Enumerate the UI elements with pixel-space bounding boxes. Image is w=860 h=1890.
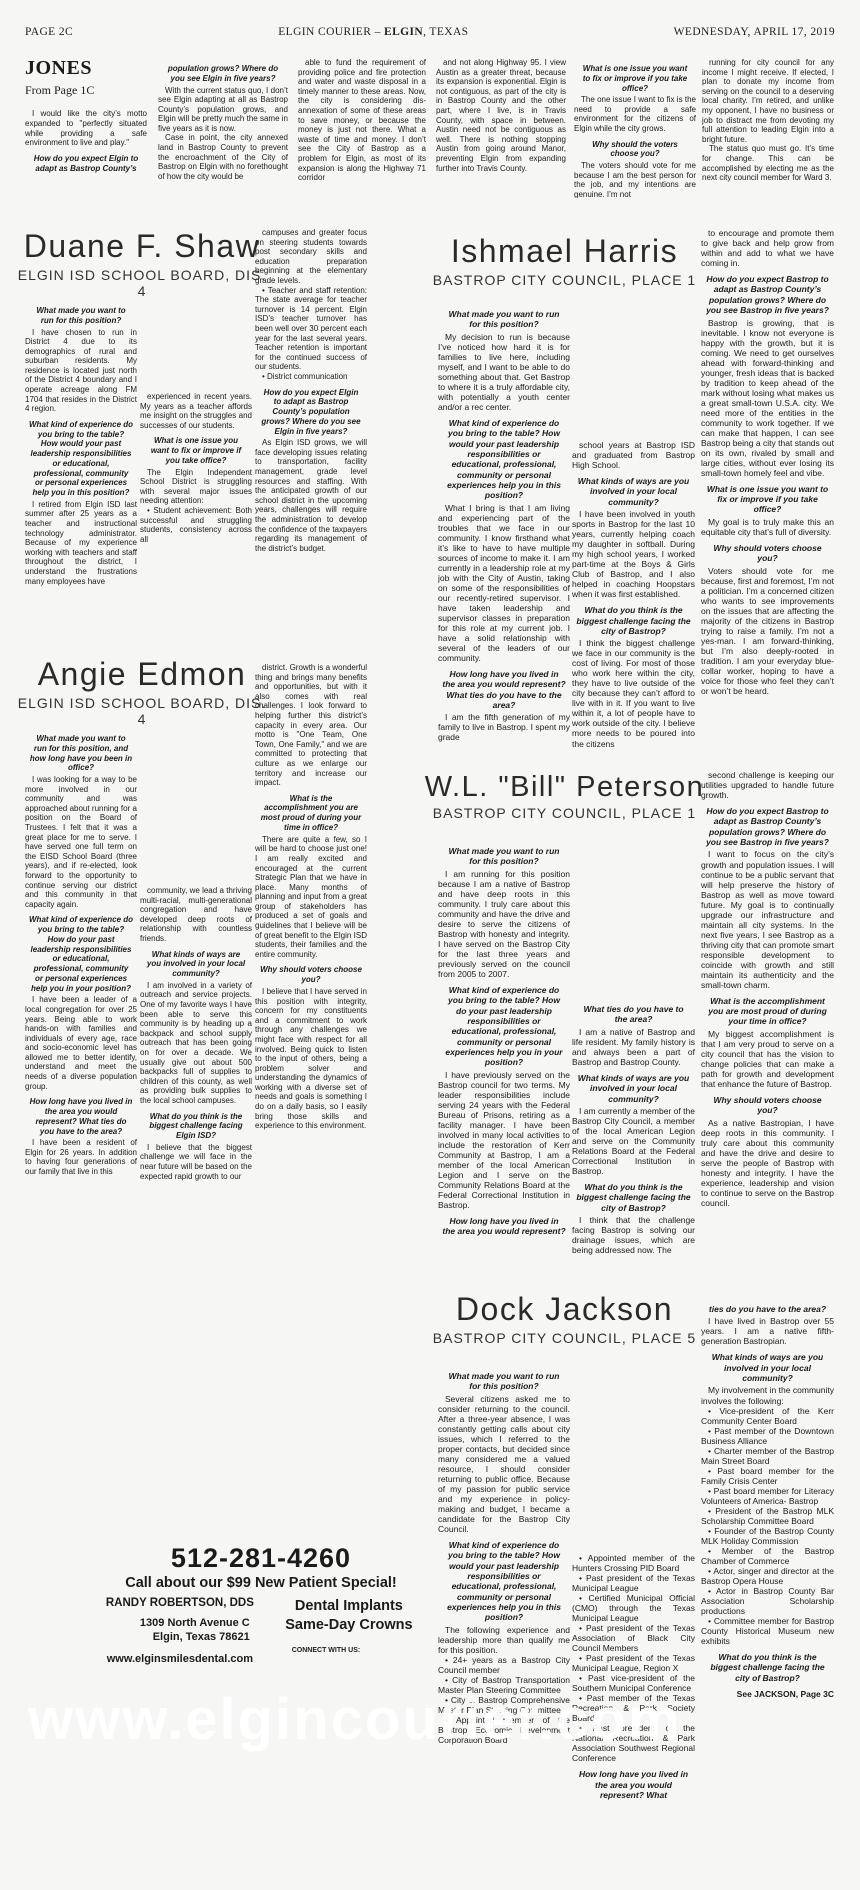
masthead-title: ELGIN COURIER – ELGIN, TEXAS: [278, 26, 468, 38]
bullet-item: • Past president of the Texas Municipal …: [572, 1573, 695, 1593]
shaw-column-2: experienced in recent years. My years as…: [140, 392, 252, 660]
body-text: I was looking for a way to be more invol…: [25, 775, 137, 909]
ad-right-block: Dental Implants Same-Day Crowns CONNECT …: [268, 1597, 430, 1665]
question-text: What do you think is the biggest challen…: [705, 1652, 830, 1683]
body-text: I want to focus on the city’s growth and…: [701, 849, 834, 989]
body-text: I am a native of Bastrop and life reside…: [572, 1027, 695, 1067]
peterson-column-2: What ties do you have to the area?I am a…: [572, 998, 695, 1280]
masthead-title-post: , TEXAS: [423, 26, 468, 38]
ad-service-1: Dental Implants: [268, 1597, 430, 1616]
question-text: What kinds of ways are you involved in y…: [576, 476, 691, 507]
newspaper-page: PAGE 2C ELGIN COURIER – ELGIN, TEXAS WED…: [0, 0, 860, 1890]
body-text: I have chosen to run in District 4 due t…: [25, 328, 137, 414]
bullet-item: • Actor in Bastrop County Bar Associatio…: [701, 1586, 834, 1616]
candidate-office: BASTROP CITY COUNCIL, PLACE 5: [422, 1330, 707, 1346]
body-text: My decision to run is because I’ve notic…: [438, 332, 570, 412]
question-text: What kinds of ways are you involved in y…: [705, 1352, 830, 1383]
bullet-item: • Vice-president of the Kerr Community C…: [701, 1406, 834, 1426]
candidate-office: BASTROP CITY COUNCIL, PLACE 1: [422, 272, 707, 288]
body-text: The status quo must go. It’s time for ch…: [702, 144, 834, 182]
candidate-office: ELGIN ISD SCHOOL BOARD, DIS. 4: [12, 695, 272, 727]
bullet-item: • Past president of the Texas Associatio…: [572, 1623, 695, 1653]
body-text: able to fund the requirement of providin…: [298, 58, 426, 183]
body-text: experienced in recent years. My years as…: [140, 392, 252, 430]
bullet-item: • Member of the Bastrop Chamber of Comme…: [701, 1546, 834, 1566]
body-text: to encourage and promote them to give ba…: [701, 228, 834, 268]
body-text: I am running for this position because I…: [438, 869, 570, 979]
body-text: I have lived in Bastrop over 55 years. I…: [701, 1316, 834, 1346]
bullet-item: • President of the Bastrop MLK Scholarsh…: [701, 1506, 834, 1526]
harris-column-2: school years at Bastrop ISD and graduate…: [572, 440, 695, 758]
body-text: second challenge is keeping our utilitie…: [701, 770, 834, 800]
ad-phone-number: 512-281-4260: [92, 1543, 430, 1574]
bullet-item: • Actor, singer and director at the Bast…: [701, 1566, 834, 1586]
question-text: population grows? Where do you see Elgin…: [162, 64, 284, 84]
body-text: As Elgin ISD grows, we will face develop…: [255, 438, 367, 553]
body-text: I have been a resident of Elgin for 26 y…: [25, 1138, 137, 1176]
ad-service-2: Same-Day Crowns: [268, 1616, 430, 1635]
dental-ad: 512-281-4260 Call about our $99 New Pati…: [92, 1543, 430, 1665]
peterson-column-1: What made you want to run for this posit…: [438, 840, 570, 1272]
bullet-item: • Past board member for the Family Crisi…: [701, 1466, 834, 1486]
candidate-name: Dock Jackson: [422, 1293, 707, 1327]
bullet-item: • Appointed member of the Hunters Crossi…: [572, 1553, 695, 1573]
bullet-item: • Teacher and staff retention: The state…: [255, 286, 367, 372]
question-text: What do you think is the biggest challen…: [144, 1112, 248, 1141]
question-text: What is one issue you want to fix or imp…: [578, 64, 692, 93]
bullet-item: • Past member of the Downtown Business A…: [701, 1426, 834, 1446]
edmon-column-1: What made you want to run for this posit…: [25, 728, 137, 1280]
body-text: I have been involved in youth sports in …: [572, 509, 695, 599]
body-text: I would like the city’s motto expanded t…: [25, 109, 147, 147]
question-text: What kind of experience do you bring to …: [29, 420, 133, 498]
body-text: I retired from Elgin ISD last summer aft…: [25, 500, 137, 586]
jones-column-4: and not along Highway 95. I view Austin …: [436, 58, 566, 198]
question-text: What kind of experience do you bring to …: [29, 915, 133, 993]
continuation-from-label: From Page 1C: [25, 83, 147, 97]
ad-tagline: Call about our $99 New Patient Special!: [92, 1575, 430, 1591]
question-text: ties do you have to the area?: [705, 1304, 830, 1314]
jones-column-1: JONESFrom Page 1CI would like the city’s…: [25, 56, 147, 198]
candidate-name: Duane F. Shaw: [12, 230, 272, 264]
ad-address: 1309 North Avenue C Elgin, Texas 78621: [92, 1617, 268, 1645]
question-text: What kind of experience do you bring to …: [442, 1540, 566, 1623]
bullet-item: • Certified Municipal Official (CMO) thr…: [572, 1593, 695, 1623]
body-text: With the current status quo, I don’t see…: [158, 86, 288, 134]
question-text: What made you want to run for this posit…: [442, 1371, 566, 1392]
ad-address-line2: Elgin, Texas 78621: [92, 1631, 250, 1645]
edmon-column-2: community, we lead a thriving multi-raci…: [140, 886, 252, 1280]
body-text: I have been a leader of a local congrega…: [25, 995, 137, 1091]
question-text: How long have you lived in the area you …: [442, 1216, 566, 1237]
body-text: The following experience and leadership …: [438, 1625, 570, 1655]
body-text: I am involved in a variety of outreach a…: [140, 981, 252, 1106]
bullet-item: • Past board member for Literacy Volunte…: [701, 1486, 834, 1506]
body-text: district. Growth is a wonderful thing an…: [255, 663, 367, 788]
question-text: How long have you lived in the area you …: [576, 1769, 691, 1800]
body-text: I believe that the biggest challenge we …: [140, 1143, 252, 1181]
question-text: What made you want to run for this posit…: [442, 846, 566, 867]
body-text: Several citizens asked me to consider re…: [438, 1394, 570, 1534]
candidate-heading-shaw: Duane F. Shaw ELGIN ISD SCHOOL BOARD, DI…: [12, 230, 272, 299]
candidate-heading-peterson: W.L. "Bill" Peterson BASTROP CITY COUNCI…: [422, 772, 707, 821]
candidate-name: W.L. "Bill" Peterson: [422, 772, 707, 802]
masthead-page-number: PAGE 2C: [25, 26, 73, 38]
candidate-name: Angie Edmon: [12, 658, 272, 692]
body-text: I think the biggest challenge we face in…: [572, 638, 695, 748]
question-text: Why should voters choose you?: [705, 543, 830, 564]
question-text: What do you think is the biggest challen…: [576, 605, 691, 636]
masthead-title-city: ELGIN: [384, 26, 423, 38]
harris-column-3: to encourage and promote them to give ba…: [701, 228, 834, 758]
candidate-heading-jackson: Dock Jackson BASTROP CITY COUNCIL, PLACE…: [422, 1293, 707, 1346]
bullet-item: • Charter member of the Bastrop Main Str…: [701, 1446, 834, 1466]
question-text: What kind of experience do you bring to …: [442, 418, 566, 501]
candidate-heading-edmon: Angie Edmon ELGIN ISD SCHOOL BOARD, DIS.…: [12, 658, 272, 727]
body-text: campuses and greater focus on steering s…: [255, 228, 367, 286]
body-text: My involvement in the community involves…: [701, 1385, 834, 1405]
body-text: There are quite a few, so I will be hard…: [255, 835, 367, 960]
body-text: What I bring is that I am living and exp…: [438, 503, 570, 663]
jones-column-3: able to fund the requirement of providin…: [298, 58, 426, 198]
body-text: I have previously served on the Bastrop …: [438, 1070, 570, 1210]
question-text: What is one issue you want to fix or imp…: [144, 436, 248, 465]
body-text: My goal is to truly make this an equitab…: [701, 517, 834, 537]
question-text: How do you expect Elgin to adapt as Bast…: [259, 388, 363, 437]
question-text: How long have you lived in the area you …: [442, 669, 566, 710]
bullet-item: • Committee member for Bastrop County Hi…: [701, 1616, 834, 1646]
masthead: PAGE 2C ELGIN COURIER – ELGIN, TEXAS WED…: [25, 26, 835, 38]
question-text: What is the accomplishment you are most …: [259, 794, 363, 833]
body-text: I think that the challenge facing Bastro…: [572, 1215, 695, 1255]
watermark-text: www.elgincourier.com: [28, 1686, 788, 1753]
body-text: and not along Highway 95. I view Austin …: [436, 58, 566, 173]
jackson-column-2: • Appointed member of the Hunters Crossi…: [572, 1553, 695, 1817]
body-text: As a native Bastropian, I have deep root…: [701, 1118, 834, 1208]
question-text: What kinds of ways are you involved in y…: [576, 1073, 691, 1104]
question-text: What kind of experience do you bring to …: [442, 985, 566, 1068]
body-text: The voters should vote for me because I …: [574, 161, 696, 198]
bullet-item: • Founder of the Bastrop County MLK Holi…: [701, 1526, 834, 1546]
question-text: How do you expect Elgin to adapt as Bast…: [29, 154, 143, 174]
question-text: How long have you lived in the area you …: [29, 1097, 133, 1136]
question-text: Why should voters choose you?: [705, 1095, 830, 1116]
ad-website: www.elginsmilesdental.com: [92, 1653, 268, 1665]
question-text: What kinds of ways are you involved in y…: [144, 950, 248, 979]
body-text: I believe that I have served in this pos…: [255, 987, 367, 1131]
ad-connect-label: CONNECT WITH US:: [268, 1647, 430, 1654]
body-text: I am currently a member of the Bastrop C…: [572, 1106, 695, 1176]
bullet-item: • Student achievement: Both successful a…: [140, 506, 252, 544]
body-text: Bastrop is growing, that is inevitable. …: [701, 318, 834, 478]
body-text: community, we lead a thriving multi-raci…: [140, 886, 252, 944]
body-text: running for city council for any income …: [702, 58, 834, 144]
shaw-column-1: What made you want to run for this posit…: [25, 300, 137, 658]
body-text: Case in point, the city annexed land in …: [158, 133, 288, 181]
shaw-column-3: campuses and greater focus on steering s…: [255, 228, 367, 660]
ad-address-line1: 1309 North Avenue C: [92, 1617, 250, 1631]
peterson-column-3: second challenge is keeping our utilitie…: [701, 770, 834, 1298]
masthead-title-pre: ELGIN COURIER –: [278, 26, 384, 38]
body-text: I am the fifth generation of my family t…: [438, 712, 570, 742]
question-text: What made you want to run for this posit…: [29, 306, 133, 326]
question-text: What is one issue you want to fix or imp…: [705, 484, 830, 515]
question-text: What made you want to run for this posit…: [442, 309, 566, 330]
ad-dentist-name: RANDY ROBERTSON, DDS: [92, 1597, 268, 1609]
body-text: school years at Bastrop ISD and graduate…: [572, 440, 695, 470]
bullet-item: • 24+ years as a Bastrop City Council me…: [438, 1655, 570, 1675]
candidate-name: Ishmael Harris: [422, 235, 707, 269]
question-text: How do you expect Bastrop to adapt as Ba…: [705, 806, 830, 847]
question-text: What ties do you have to the area?: [576, 1004, 691, 1025]
jones-column-6: running for city council for any income …: [702, 58, 834, 212]
harris-column-1: What made you want to run for this posit…: [438, 303, 570, 755]
jones-column-5: What is one issue you want to fix or imp…: [574, 58, 696, 198]
question-text: What made you want to run for this posit…: [29, 734, 133, 773]
question-text: What is the accomplishment you are most …: [705, 996, 830, 1027]
question-text: What do you think is the biggest challen…: [576, 1182, 691, 1213]
jones-column-2: population grows? Where do you see Elgin…: [158, 58, 288, 198]
bullet-item: • Past president of the Texas Municipal …: [572, 1653, 695, 1673]
question-text: Why should voters choose you?: [259, 965, 363, 985]
ad-left-block: RANDY ROBERTSON, DDS 1309 North Avenue C…: [92, 1597, 268, 1665]
body-text: My biggest accomplishment is that I am v…: [701, 1029, 834, 1089]
body-text: The one issue I want to fix is the need …: [574, 95, 696, 133]
candidate-heading-harris: Ishmael Harris BASTROP CITY COUNCIL, PLA…: [422, 235, 707, 288]
candidate-office: ELGIN ISD SCHOOL BOARD, DIS. 4: [12, 267, 272, 299]
candidate-office: BASTROP CITY COUNCIL, PLACE 1: [422, 805, 707, 821]
body-text: Voters should vote for me because, first…: [701, 566, 834, 696]
question-text: Why should the voters choose you?: [578, 140, 692, 160]
question-text: How do you expect Bastrop to adapt as Ba…: [705, 274, 830, 315]
edmon-column-3: district. Growth is a wonderful thing an…: [255, 663, 367, 1283]
bullet-item: • District communication: [255, 372, 367, 382]
continuation-headline: JONES: [25, 56, 147, 80]
masthead-date: WEDNESDAY, APRIL 17, 2019: [674, 26, 835, 38]
body-text: The Elgin Independent School District is…: [140, 468, 252, 506]
